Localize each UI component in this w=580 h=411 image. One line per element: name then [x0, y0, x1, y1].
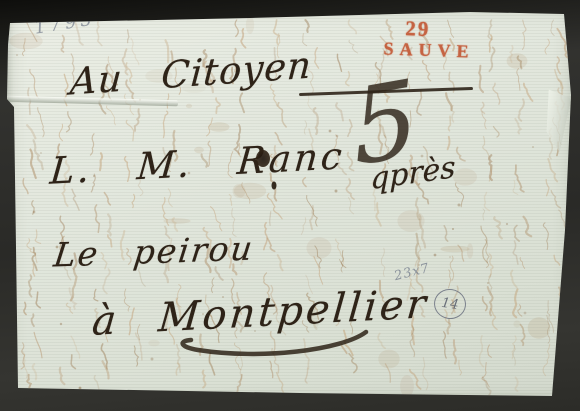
postmark-number: 29 [405, 18, 476, 41]
postmark-town: SAUVE [383, 39, 475, 60]
postmark-sauve: 29 SAUVE [383, 17, 475, 60]
letter-paper: 1793 29 SAUVE Au Citoyen 5 L. M. Ranc qp… [0, 0, 580, 411]
circled-number-value: 14 [440, 295, 459, 313]
address-place: Le peirou [52, 228, 257, 274]
ink-blot [256, 150, 270, 167]
photo-background: 1793 29 SAUVE Au Citoyen 5 L. M. Ranc qp… [0, 0, 580, 411]
